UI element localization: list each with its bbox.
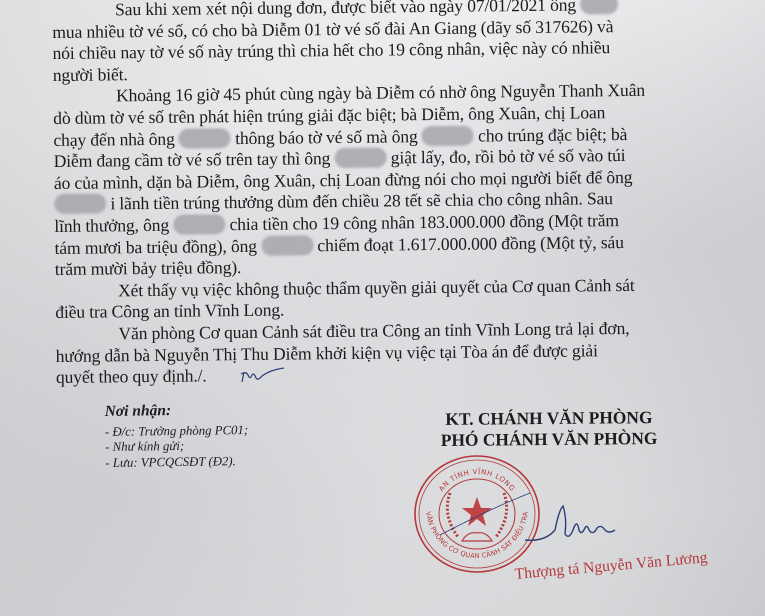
recipient-item: - Lưu: VPCQCSĐT (Đ2).: [105, 453, 248, 470]
body-text-segment: Xét thấy vụ việc không thuộc thẩm quyền …: [118, 275, 635, 300]
body-text-segment: hướng dẫn bà Nguyễn Thị Thu Diễm khởi ki…: [56, 340, 598, 366]
body-text-segment: chạy đến nhà ông: [53, 128, 174, 149]
body-text-segment: giật lấy, đo, rồi bỏ tờ vé số vào túi: [391, 145, 626, 167]
recipients-block: Nơi nhận: - Đ/c: Trưởng phòng PC01; - Nh…: [105, 402, 249, 471]
body-text-segment: lĩnh thưởng, ông: [54, 215, 169, 236]
body-text-segment: chiếm đoạt 1.617.000.000 đồng (Một tỷ, s…: [317, 232, 624, 255]
body-text-segment: người biết.: [53, 64, 128, 85]
body-text-segment: cho trúng đặc biệt; bà: [478, 124, 627, 146]
body-text-segment: trăm mười bảy triệu đồng).: [55, 257, 242, 279]
svg-text:AN TỈNH VĨNH LONG: AN TỈNH VĨNH LONG: [437, 467, 516, 493]
redacted-name: [580, 0, 618, 14]
recipients-title: Nơi nhận:: [105, 402, 248, 419]
body-text-segment: quyết theo quy định./.: [56, 365, 207, 387]
signer-name: Thượng tá Nguyễn Văn Lương: [514, 549, 708, 584]
redacted-name: [422, 125, 474, 146]
body-text-segment: chia tiền cho 19 công nhân 183.000.000 đ…: [229, 210, 619, 234]
body-text-segment: tám mươi ba triệu đồng), ông: [54, 235, 256, 257]
signature-title: KT. CHÁNH VĂN PHÒNG PHÓ CHÁNH VĂN PHÒNG: [418, 407, 680, 450]
letter-body: Sau khi xem xét nội dung đơn, được biết …: [52, 0, 486, 389]
redacted-name: [179, 128, 231, 149]
handwritten-signature: [525, 500, 635, 550]
recipient-item: - Đ/c: Trưởng phòng PC01;: [105, 423, 248, 440]
redacted-name: [334, 148, 386, 169]
signature-title-line1: KT. CHÁNH VĂN PHÒNG: [418, 407, 680, 430]
body-text-segment: Diễm đang cầm tờ vé số trên tay thì ông: [54, 148, 331, 171]
body-text-segment: điều tra Công an tỉnh Vĩnh Long.: [55, 300, 284, 322]
body-text-segment: thông báo tờ vé số mà ông: [235, 126, 418, 148]
official-seal-icon: AN TỈNH VĨNH LONG VĂN PHÒNG CƠ QUAN CẢNH…: [412, 453, 542, 575]
handwritten-initials: [238, 366, 288, 388]
redacted-name: [261, 235, 313, 256]
signature-title-line2: PHÓ CHÁNH VĂN PHÒNG: [418, 427, 680, 450]
redacted-name: [54, 194, 106, 215]
redacted-name: [173, 214, 225, 235]
